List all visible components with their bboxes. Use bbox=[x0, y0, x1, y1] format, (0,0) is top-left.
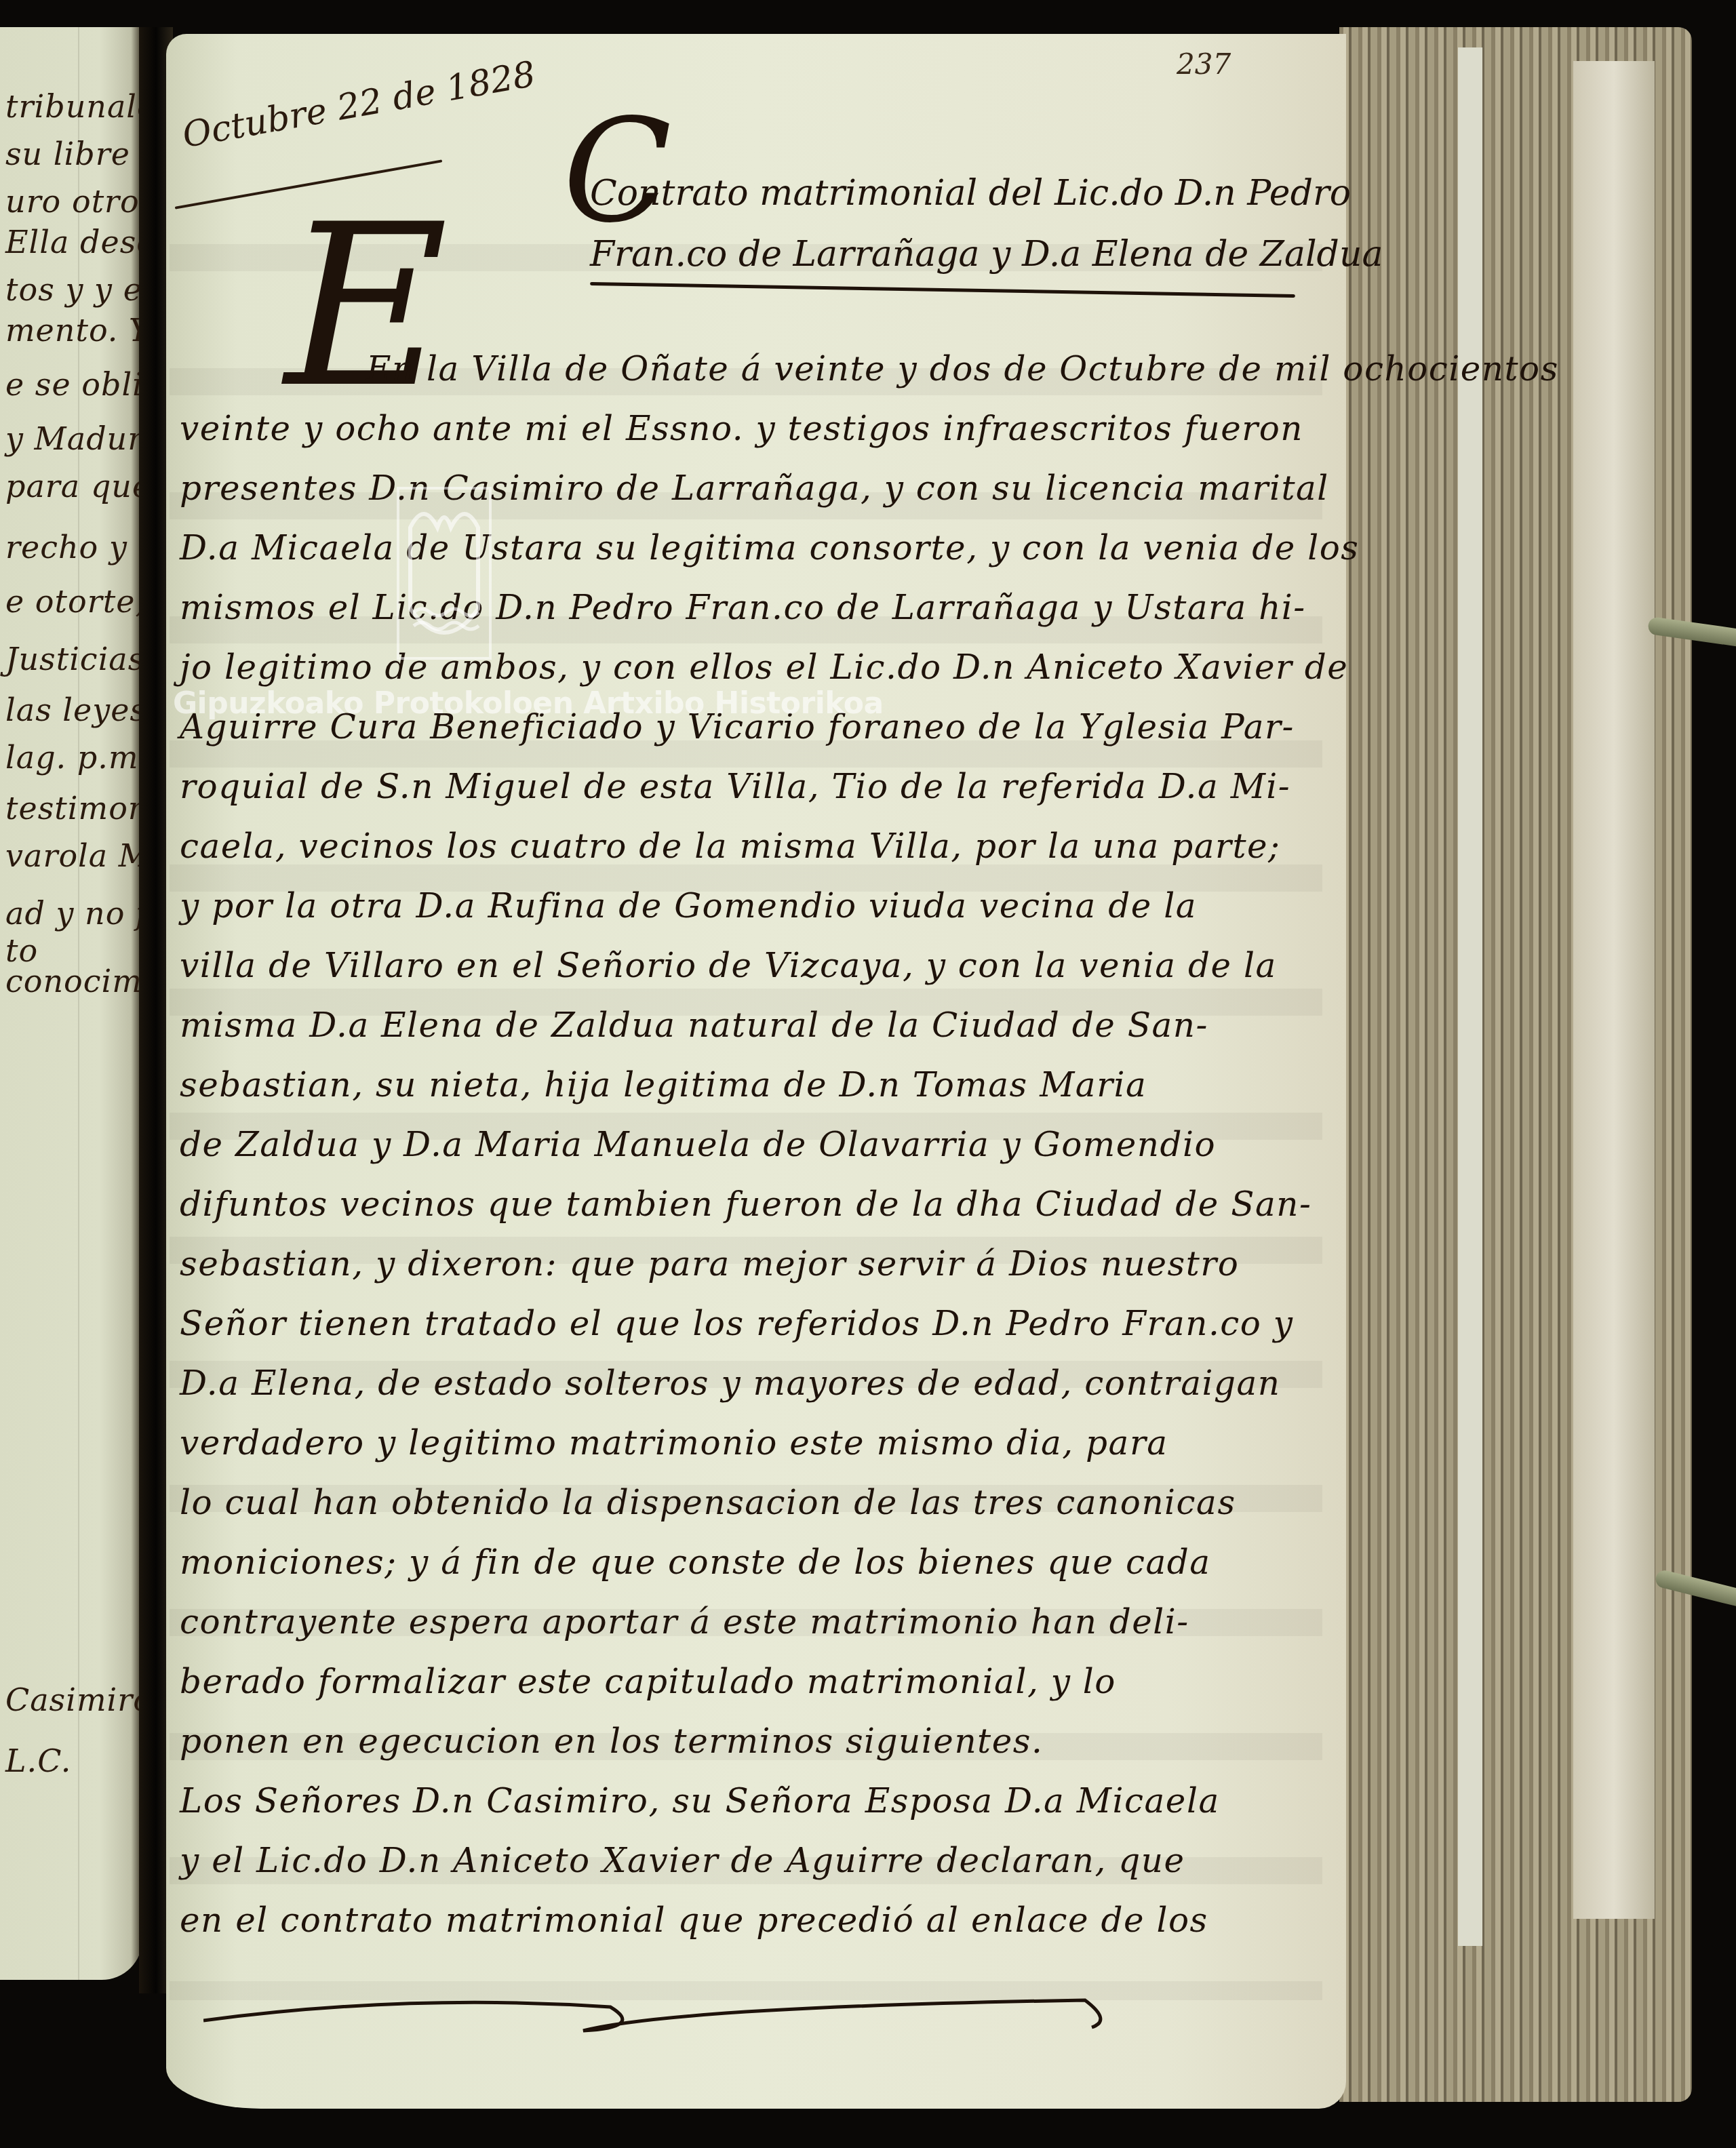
shield-coat-of-arms-icon bbox=[397, 487, 492, 660]
manuscript-line: moniciones; y á fin de que conste de los… bbox=[180, 1543, 1211, 1582]
manuscript-line: veinte y ocho ante mi el Essno. y testig… bbox=[180, 409, 1303, 448]
manuscript-line: presentes D.n Casimiro de Larrañaga, y c… bbox=[180, 469, 1329, 508]
title-line-1: Contrato matrimonial del Lic.do D.n Pedr… bbox=[590, 173, 1351, 214]
manuscript-line: roquial de S.n Miguel de esta Villa, Tio… bbox=[180, 767, 1290, 806]
manuscript-line: mismos el Lic.do D.n Pedro Fran.co de La… bbox=[180, 588, 1306, 627]
manuscript-line: lo cual han obtenido la dispensacion de … bbox=[180, 1483, 1236, 1522]
manuscript-line: villa de Villaro en el Señorio de Vizcay… bbox=[180, 946, 1277, 985]
manuscript-line: ponen en egecucion en los terminos sigui… bbox=[180, 1722, 1043, 1761]
manuscript-line: Los Señores D.n Casimiro, su Señora Espo… bbox=[180, 1781, 1220, 1821]
manuscript-line: misma D.a Elena de Zaldua natural de la … bbox=[180, 1006, 1208, 1045]
manuscript-line: sebastian, su nieta, hija legitima de D.… bbox=[180, 1065, 1147, 1105]
manuscript-line: en el contrato matrimonial que precedió … bbox=[180, 1901, 1208, 1940]
manuscript-line: berado formalizar este capitulado matrim… bbox=[180, 1662, 1116, 1701]
title-initial-c: C bbox=[563, 88, 672, 254]
manuscript-line: y por la otra D.a Rufina de Gomendio viu… bbox=[180, 886, 1197, 926]
manuscript-line: D.a Micaela de Ustara su legitima consor… bbox=[180, 528, 1359, 568]
body-initial-e: E bbox=[285, 176, 448, 437]
book-cover-edge bbox=[1573, 61, 1655, 1919]
left-page-fragment: L.C. bbox=[5, 1743, 71, 1779]
manuscript-line: caela, vecinos los cuatro de la misma Vi… bbox=[180, 827, 1280, 866]
left-page-fragment: para que bbox=[5, 468, 151, 504]
manuscript-line: difuntos vecinos que tambien fueron de l… bbox=[180, 1185, 1311, 1224]
manuscript-line: sebastian, y dixeron: que para mejor ser… bbox=[180, 1244, 1239, 1284]
manuscript-line: y el Lic.do D.n Aniceto Xavier de Aguirr… bbox=[180, 1841, 1185, 1880]
manuscript-line: Señor tienen tratado el que los referido… bbox=[180, 1304, 1294, 1343]
left-page-fragment: Casimiro bbox=[5, 1682, 153, 1718]
archive-watermark-text: Gipuzkoako Protokoloen Artxibo Historiko… bbox=[173, 686, 884, 721]
manuscript-line: jo legitimo de ambos, y con ellos el Lic… bbox=[180, 648, 1348, 687]
manuscript-line: de Zaldua y D.a Maria Manuela de Olavarr… bbox=[180, 1125, 1216, 1164]
manuscript-line: contrayente espera aportar á este matrim… bbox=[180, 1602, 1189, 1642]
manuscript-line: D.a Elena, de estado solteros y mayores … bbox=[180, 1364, 1281, 1403]
folio-number: 237 bbox=[1177, 47, 1231, 81]
left-page-fragment: lag. p.m- bbox=[5, 739, 150, 776]
manuscript-line: En la Villa de Oñate á veinte y dos de O… bbox=[366, 349, 1559, 389]
left-page-fragment: las leyes bbox=[5, 692, 146, 728]
title-line-2: Fran.co de Larrañaga y D.a Elena de Zald… bbox=[590, 234, 1383, 275]
page-stack-white-leaf bbox=[1458, 47, 1482, 1946]
manuscript-line: verdadero y legitimo matrimonio este mis… bbox=[180, 1423, 1168, 1463]
closing-flourish bbox=[203, 1993, 1187, 2034]
left-page-fragment: conocim. bbox=[5, 963, 153, 999]
